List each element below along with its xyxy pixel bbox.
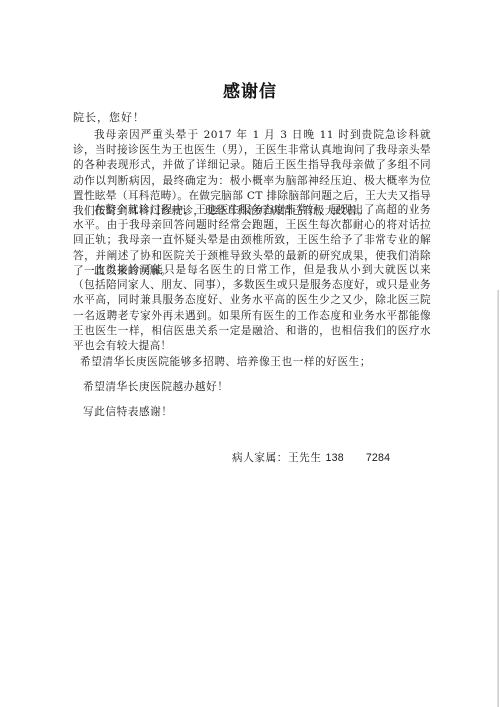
signature: 病人家属：王先生 1387284 (232, 450, 390, 465)
letter-title: 感谢信 (0, 77, 500, 102)
closing-wish-recruit: 希望清华长庚医院能够多招聘、培养像王也一样的好医生； (70, 354, 371, 369)
phone-suffix: 7284 (366, 452, 390, 464)
closing-wish-hospital: 希望清华长庚医院越办越好！ (73, 379, 229, 394)
phone-prefix: 138 (326, 452, 344, 464)
closing-thanks: 写此信特表感谢！ (73, 404, 173, 419)
signature-label: 病人家属：王先生 (232, 452, 322, 464)
salutation: 院长，您好！ (73, 109, 145, 125)
scan-edge (497, 290, 499, 707)
paragraph-general-comment: 此类接诊可能只是每名医生的日常工作，但是我从小到大就医以来（包括陪同家人、朋友、… (73, 263, 431, 354)
